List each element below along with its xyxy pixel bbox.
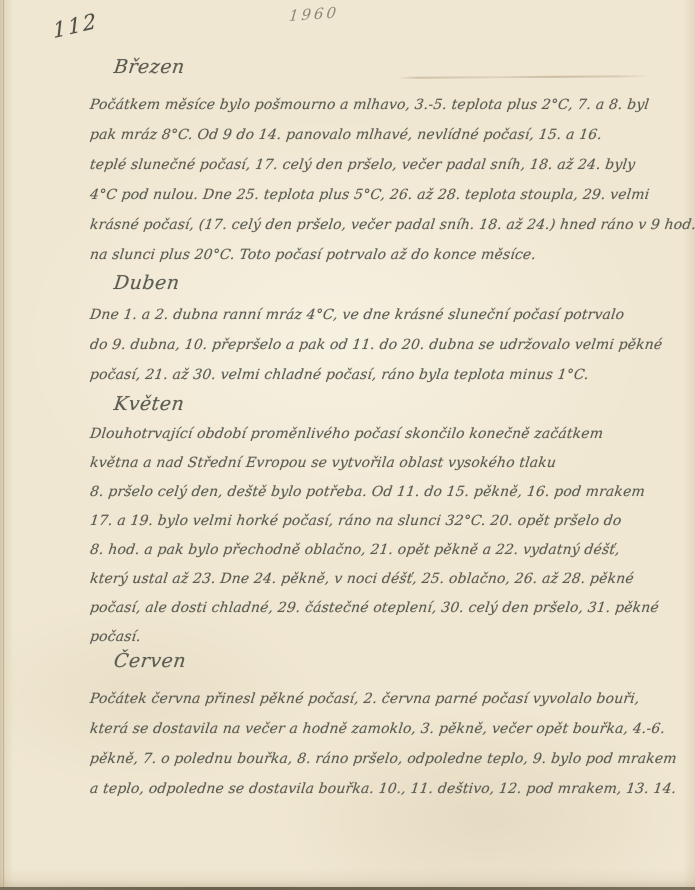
handwritten-line: 8. hod. a pak bylo přechodně oblačno, 21…	[88, 536, 677, 565]
section-heading-brezen: Březen	[113, 56, 186, 78]
section-body-duben: Dne 1. a 2. dubna ranní mráz 4°C, ve dne…	[90, 300, 675, 390]
faded-impression-line	[398, 75, 650, 79]
section-body-cerven: Počátek června přinesl pěkné počasí, 2. …	[90, 684, 675, 804]
handwritten-line: počasí, 21. až 30. velmi chladné počasí,…	[88, 360, 677, 390]
handwritten-line: počasí, ale dosti chladné, 29. částečné …	[88, 594, 677, 623]
handwritten-line: na slunci plus 20°C. Toto počasí potrval…	[88, 240, 677, 270]
handwritten-line: pěkně, 7. o polednu bouřka, 8. ráno prše…	[88, 744, 677, 774]
year-annotation: 1960	[288, 3, 340, 25]
handwritten-line: který ustal až 23. Dne 24. pěkně, v noci…	[88, 565, 677, 594]
handwritten-line: teplé slunečné počasí, 17. celý den prše…	[88, 150, 677, 180]
handwritten-line: května a nad Střední Evropou se vytvořil…	[88, 449, 677, 478]
handwritten-line: počasí.	[88, 623, 677, 652]
section-heading-cerven: Červen	[113, 650, 188, 672]
section-body-brezen: Počátkem měsíce bylo pošmourno a mlhavo,…	[90, 90, 675, 270]
handwritten-line: 17. a 19. bylo velmi horké počasí, ráno …	[88, 507, 677, 536]
handwritten-line: Počátkem měsíce bylo pošmourno a mlhavo,…	[88, 90, 677, 120]
handwritten-line: Dlouhotrvající období proměnlivého počas…	[88, 420, 677, 449]
section-body-kveten: Dlouhotrvající období proměnlivého počas…	[90, 420, 675, 652]
handwritten-line: 8. pršelo celý den, deště bylo potřeba. …	[88, 478, 677, 507]
handwritten-line: která se dostavila na večer a hodně zamo…	[88, 714, 677, 744]
handwritten-line: 4°C pod nulou. Dne 25. teplota plus 5°C,…	[88, 180, 677, 210]
handwritten-line: Počátek června přinesl pěkné počasí, 2. …	[88, 684, 677, 714]
handwritten-line: Dne 1. a 2. dubna ranní mráz 4°C, ve dne…	[88, 300, 677, 330]
section-heading-kveten: Květen	[113, 393, 186, 415]
section-heading-duben: Duben	[113, 272, 181, 294]
handwritten-line: krásné počasí, (17. celý den pršelo, več…	[88, 210, 677, 240]
manuscript-page: 1960 112 Březen Počátkem měsíce bylo poš…	[0, 0, 695, 890]
handwritten-line: do 9. dubna, 10. přepršelo a pak od 11. …	[88, 330, 677, 360]
handwritten-line: pak mráz 8°C. Od 9 do 14. panovalo mlhav…	[88, 120, 677, 150]
handwritten-line: a teplo, odpoledne se dostavila bouřka. …	[88, 774, 677, 804]
page-number: 112	[52, 9, 99, 44]
page-left-edge	[3, 0, 4, 890]
